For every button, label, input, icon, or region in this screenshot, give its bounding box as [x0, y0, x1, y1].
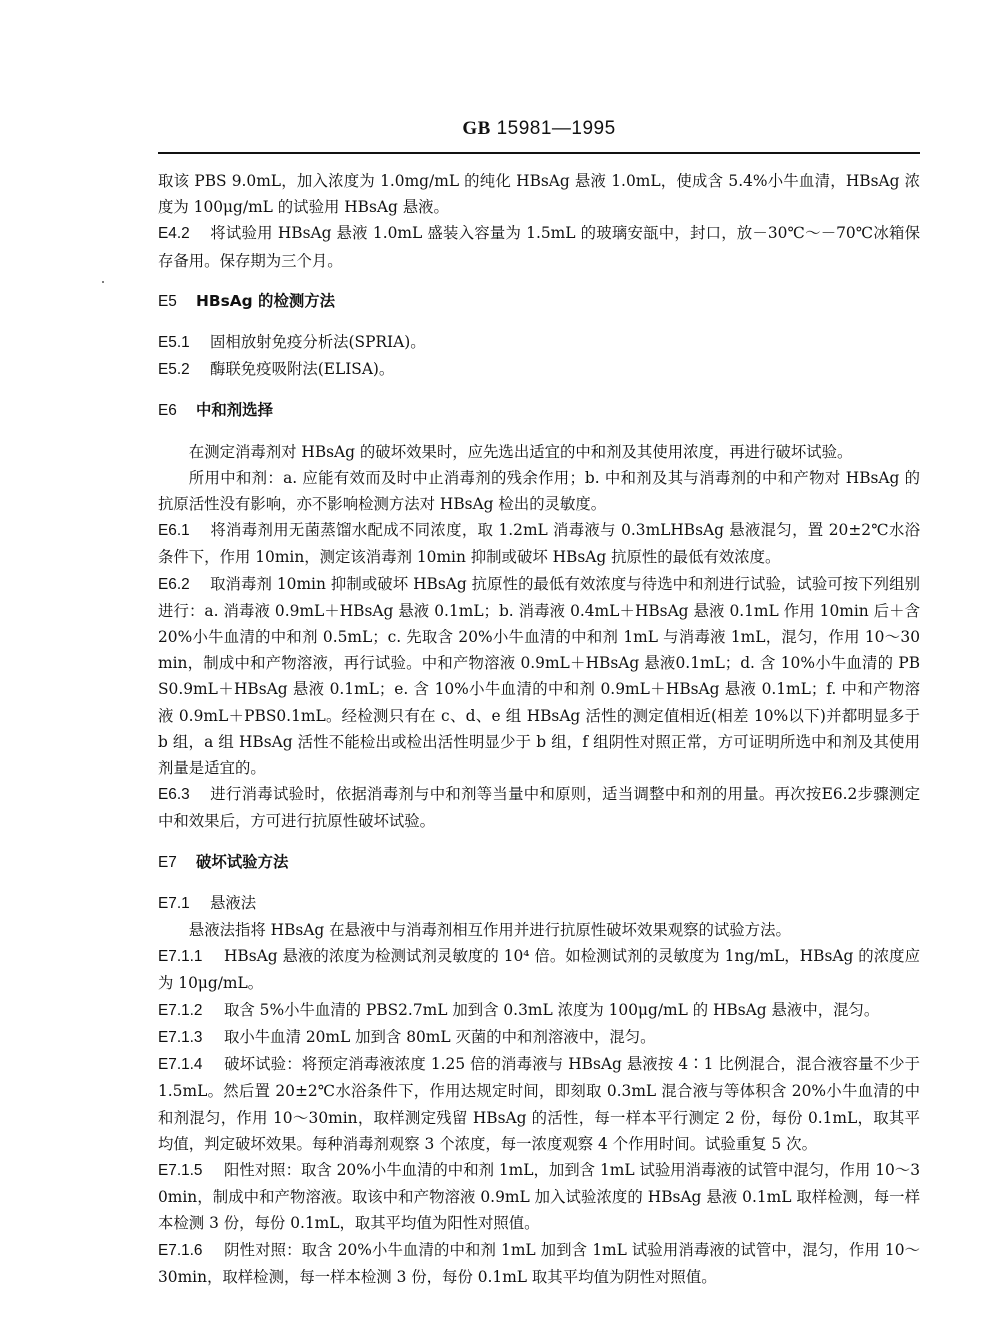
clause-e5-2: E5.2酶联免疫吸附法(ELISA)。: [158, 356, 920, 383]
clause-e7-1-6: E7.1.6阴性对照：取含 20%小牛血清的中和剂 1mL 加到含 1mL 试验…: [158, 1237, 920, 1290]
clause-number: E7.1.6: [158, 1238, 214, 1264]
clause-text: 固相放射免疫分析法(SPRIA)。: [210, 333, 426, 351]
clause-text: 进行消毒试验时，依据消毒剂与中和剂等当量中和原则，适当调整中和剂的用量。再次按E…: [158, 785, 920, 830]
clause-e6-2: E6.2取消毒剂 10min 抑制或破坏 HBsAg 抗原性的最低有效浓度与待选…: [158, 571, 920, 782]
clause-e7-1: E7.1悬液法: [158, 890, 920, 917]
clause-title: 悬液法: [210, 894, 256, 912]
section-number: E5: [158, 289, 182, 315]
clause-e7-1-4: E7.1.4破坏试验：将预定消毒液浓度 1.25 倍的消毒液与 HBsAg 悬液…: [158, 1051, 920, 1157]
paragraph-e6-intro-1: 在测定消毒剂对 HBsAg 的破坏效果时，应先选出适宜的中和剂及其使用浓度，再进…: [158, 439, 920, 465]
clause-number: E6.2: [158, 572, 200, 598]
standard-prefix: GB: [462, 118, 490, 139]
document-body: 取该 PBS 9.0mL，加入浓度为 1.0mg/mL 的纯化 HBsAg 悬液…: [158, 168, 920, 1290]
section-title: 破坏试验方法: [196, 853, 288, 871]
clause-e6-3: E6.3进行消毒试验时，依据消毒剂与中和剂等当量中和原则，适当调整中和剂的用量。…: [158, 781, 920, 834]
clause-text: 阴性对照：取含 20%小牛血清的中和剂 1mL 加到含 1mL 试验用消毒液的试…: [158, 1241, 920, 1286]
section-number: E6: [158, 398, 182, 424]
standard-code: 15981—1995: [497, 118, 616, 139]
section-number: E7: [158, 850, 182, 876]
clause-text: 将消毒剂用无菌蒸馏水配成不同浓度，取 1.2mL 消毒液与 0.3mLHBsAg…: [158, 521, 920, 566]
clause-number: E6.3: [158, 782, 200, 808]
clause-number: E7.1.2: [158, 998, 214, 1024]
clause-number: E7.1: [158, 891, 200, 917]
clause-e6-1: E6.1将消毒剂用无菌蒸馏水配成不同浓度，取 1.2mL 消毒液与 0.3mLH…: [158, 517, 920, 570]
paragraph-e7-1-description: 悬液法指将 HBsAg 在悬液中与消毒剂相互作用并进行抗原性破坏效果观察的试验方…: [158, 917, 920, 943]
paragraph-e4-continued: 取该 PBS 9.0mL，加入浓度为 1.0mg/mL 的纯化 HBsAg 悬液…: [158, 168, 920, 220]
section-heading-e5: E5HBsAg 的检测方法: [158, 288, 920, 315]
clause-number: E7.1.5: [158, 1158, 214, 1184]
clause-number: E7.1.3: [158, 1025, 214, 1051]
clause-number: E6.1: [158, 518, 200, 544]
clause-number: E5.2: [158, 357, 200, 383]
section-heading-e6: E6中和剂选择: [158, 397, 920, 424]
clause-text: 将试验用 HBsAg 悬液 1.0mL 盛装入容量为 1.5mL 的玻璃安瓿中，…: [158, 224, 920, 269]
section-heading-e7: E7破坏试验方法: [158, 849, 920, 876]
clause-e7-1-1: E7.1.1HBsAg 悬液的浓度为检测试剂灵敏度的 10⁴ 倍。如检测试剂的灵…: [158, 943, 920, 996]
clause-text: 破坏试验：将预定消毒液浓度 1.25 倍的消毒液与 HBsAg 悬液按 4∶1 …: [158, 1055, 920, 1153]
clause-text: 阳性对照：取含 20%小牛血清的中和剂 1mL，加到含 1mL 试验用消毒液的试…: [158, 1161, 920, 1232]
clause-text: 酶联免疫吸附法(ELISA)。: [210, 360, 394, 378]
section-title: HBsAg 的检测方法: [196, 292, 335, 310]
header-rule: [158, 152, 920, 154]
clause-number: E7.1.4: [158, 1052, 214, 1078]
clause-e7-1-5: E7.1.5阳性对照：取含 20%小牛血清的中和剂 1mL，加到含 1mL 试验…: [158, 1157, 920, 1237]
clause-e7-1-3: E7.1.3取小牛血清 20mL 加到含 80mL 灭菌的中和剂溶液中，混匀。: [158, 1024, 920, 1051]
clause-number: E7.1.1: [158, 944, 214, 970]
clause-text: 取小牛血清 20mL 加到含 80mL 灭菌的中和剂溶液中，混匀。: [224, 1028, 656, 1046]
page-header: GB 15981—1995: [158, 118, 920, 140]
clause-number: E5.1: [158, 330, 200, 356]
clause-e4-2: E4.2将试验用 HBsAg 悬液 1.0mL 盛装入容量为 1.5mL 的玻璃…: [158, 220, 920, 273]
paragraph-e6-intro-2: 所用中和剂：a. 应能有效而及时中止消毒剂的残余作用；b. 中和剂及其与消毒剂的…: [158, 465, 920, 517]
section-title: 中和剂选择: [196, 401, 273, 419]
scan-speck: [102, 281, 104, 283]
clause-text: 取消毒剂 10min 抑制或破坏 HBsAg 抗原性的最低有效浓度与待选中和剂进…: [158, 575, 920, 777]
clause-text: 取含 5%小牛血清的 PBS2.7mL 加到含 0.3mL 浓度为 100μg/…: [224, 1001, 879, 1019]
clause-text: HBsAg 悬液的浓度为检测试剂灵敏度的 10⁴ 倍。如检测试剂的灵敏度为 1n…: [158, 947, 920, 992]
clause-number: E4.2: [158, 221, 200, 247]
clause-e7-1-2: E7.1.2取含 5%小牛血清的 PBS2.7mL 加到含 0.3mL 浓度为 …: [158, 997, 920, 1024]
clause-e5-1: E5.1固相放射免疫分析法(SPRIA)。: [158, 329, 920, 356]
